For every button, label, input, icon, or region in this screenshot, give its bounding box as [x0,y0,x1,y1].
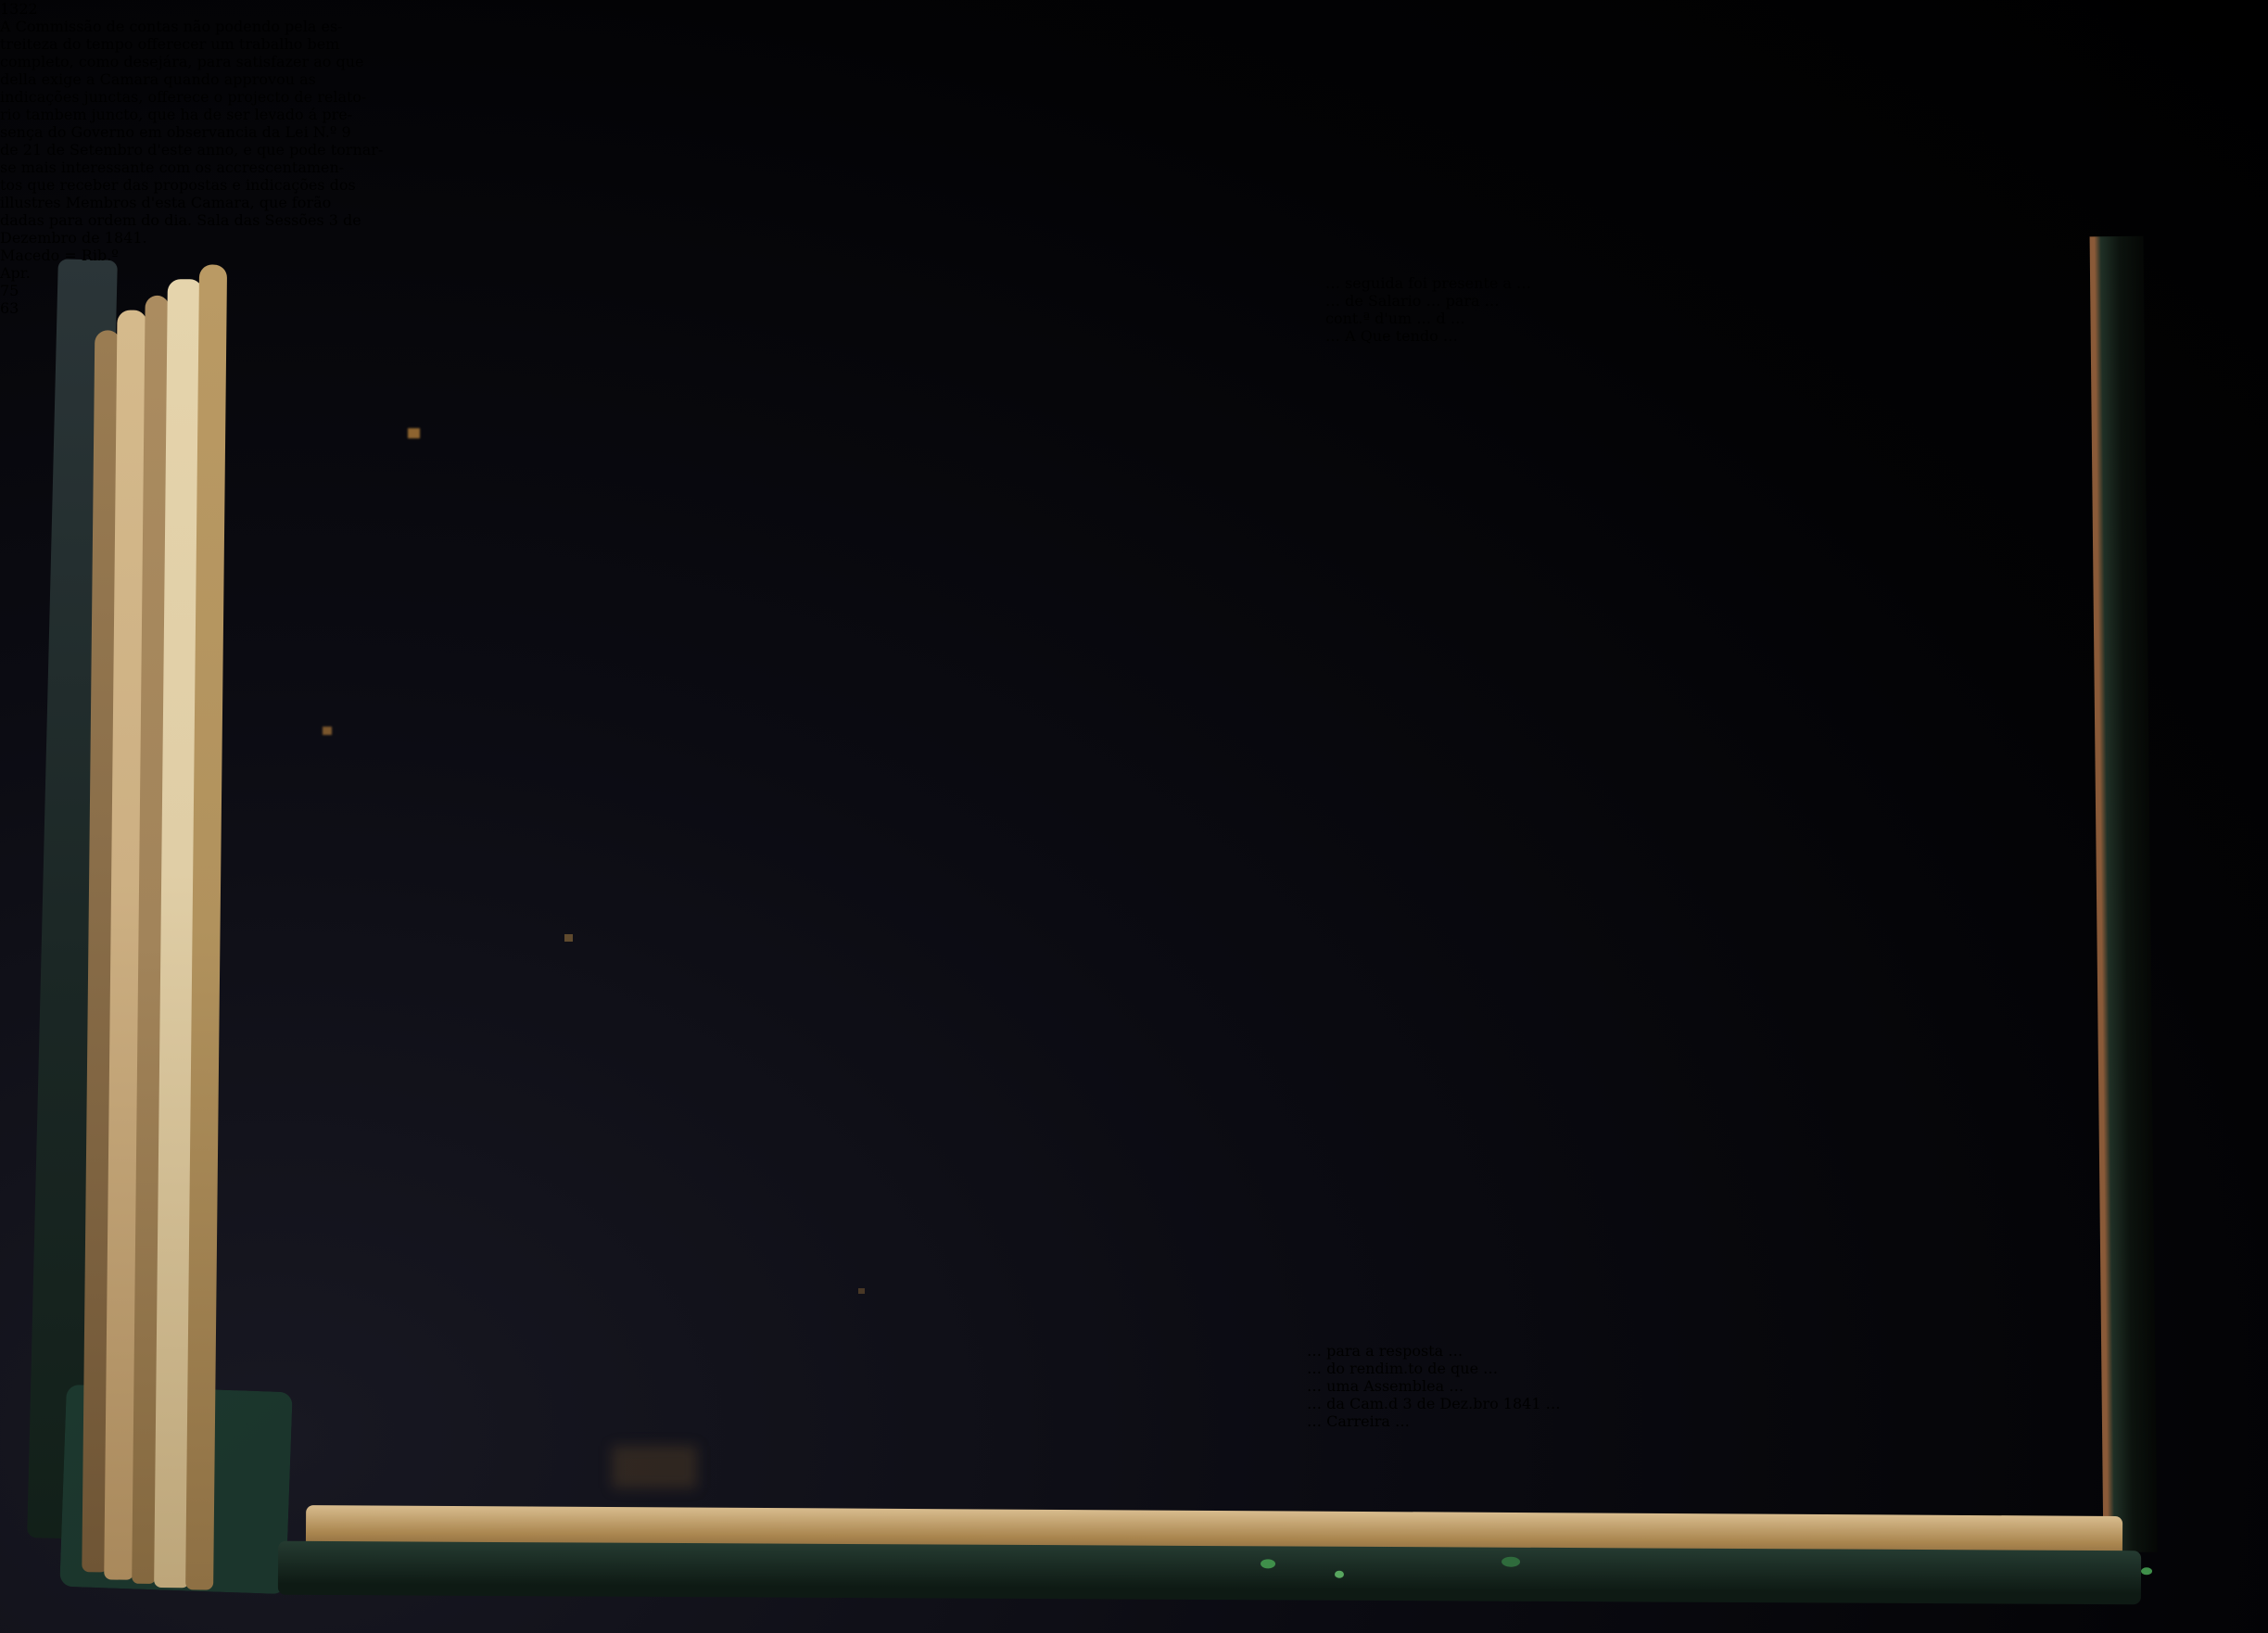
approval-mark: Apr. [0,264,383,282]
book-cover-bottom-edge [278,1541,2141,1605]
stain [612,1446,697,1488]
bleedthrough-text-bottom: … para a resposta … … do rendim.to de qu… [1307,1342,2122,1430]
note-line: se mais interessante com os accrescentam… [0,158,383,176]
note-line: de 21 de Setembro d'este anno, e que pod… [0,141,383,158]
note-line: della exige a Camara quando approvou as [0,70,383,88]
bleed-line: … Carreira … [1307,1412,2122,1430]
cover-marble-fleck [1335,1571,1344,1578]
pasted-manuscript-note: 1322 A Commissão de contas não podendo p… [0,0,383,317]
note-line: Dezembro de 1841. [0,229,383,247]
bleed-line: … seguida foi presente a … [1325,274,2104,292]
page-edge-stack [82,191,416,1589]
stain [858,1288,865,1294]
stain [408,428,420,438]
cover-marble-fleck [1501,1557,1520,1567]
bleed-line: … uma Assemblea … [1307,1377,2122,1395]
bleedthrough-text-top: … seguida foi presente a … … de Salario … [1325,274,2104,345]
blue-ink-number: 63 [0,299,383,317]
note-number-1322: 1322 [0,0,383,18]
bleed-line: … do rendim.to de que … [1307,1360,2122,1377]
bleed-line: … de Salario … para … [1325,292,2104,310]
note-line: dadas para ordem do dia. Sala das Sessõe… [0,211,383,229]
note-line: sença do Governo em observancia da Lei N… [0,123,383,141]
stain [323,727,332,735]
stain [564,934,573,942]
note-text-block: A Commissão de contas não podendo pela e… [0,18,383,247]
note-line: A Commissão de contas não podendo pela e… [0,18,383,35]
note-signature: Macedo = Rib.º [0,247,383,264]
cover-marble-fleck [1261,1559,1275,1568]
bleed-line: … para a resposta … [1307,1342,2122,1360]
note-line: treiteza do tempo offerecer um trabalho … [0,35,383,53]
pencil-number: 75 [0,282,383,299]
note-line: illustres Membros d'esta Camara, que for… [0,194,383,211]
bleed-line: … A Que tendo … [1325,327,2104,345]
note-line: indicações junctas, offerece o projecto … [0,88,383,106]
note-line: completo, como desejára, para satisfazer… [0,53,383,70]
bleed-line: … da Cam.d 3 de Dez.bro 1841 … [1307,1395,2122,1412]
note-line: tos que receber das propostas e indicaçõ… [0,176,383,194]
cover-marble-fleck [2141,1567,2152,1575]
note-line: rio tambem juncto, que ha de ser levado … [0,106,383,123]
photo-backdrop: … seguida foi presente a … … de Salario … [0,0,2268,1633]
bleed-line: cont.ª d'um … d … [1325,310,2104,327]
